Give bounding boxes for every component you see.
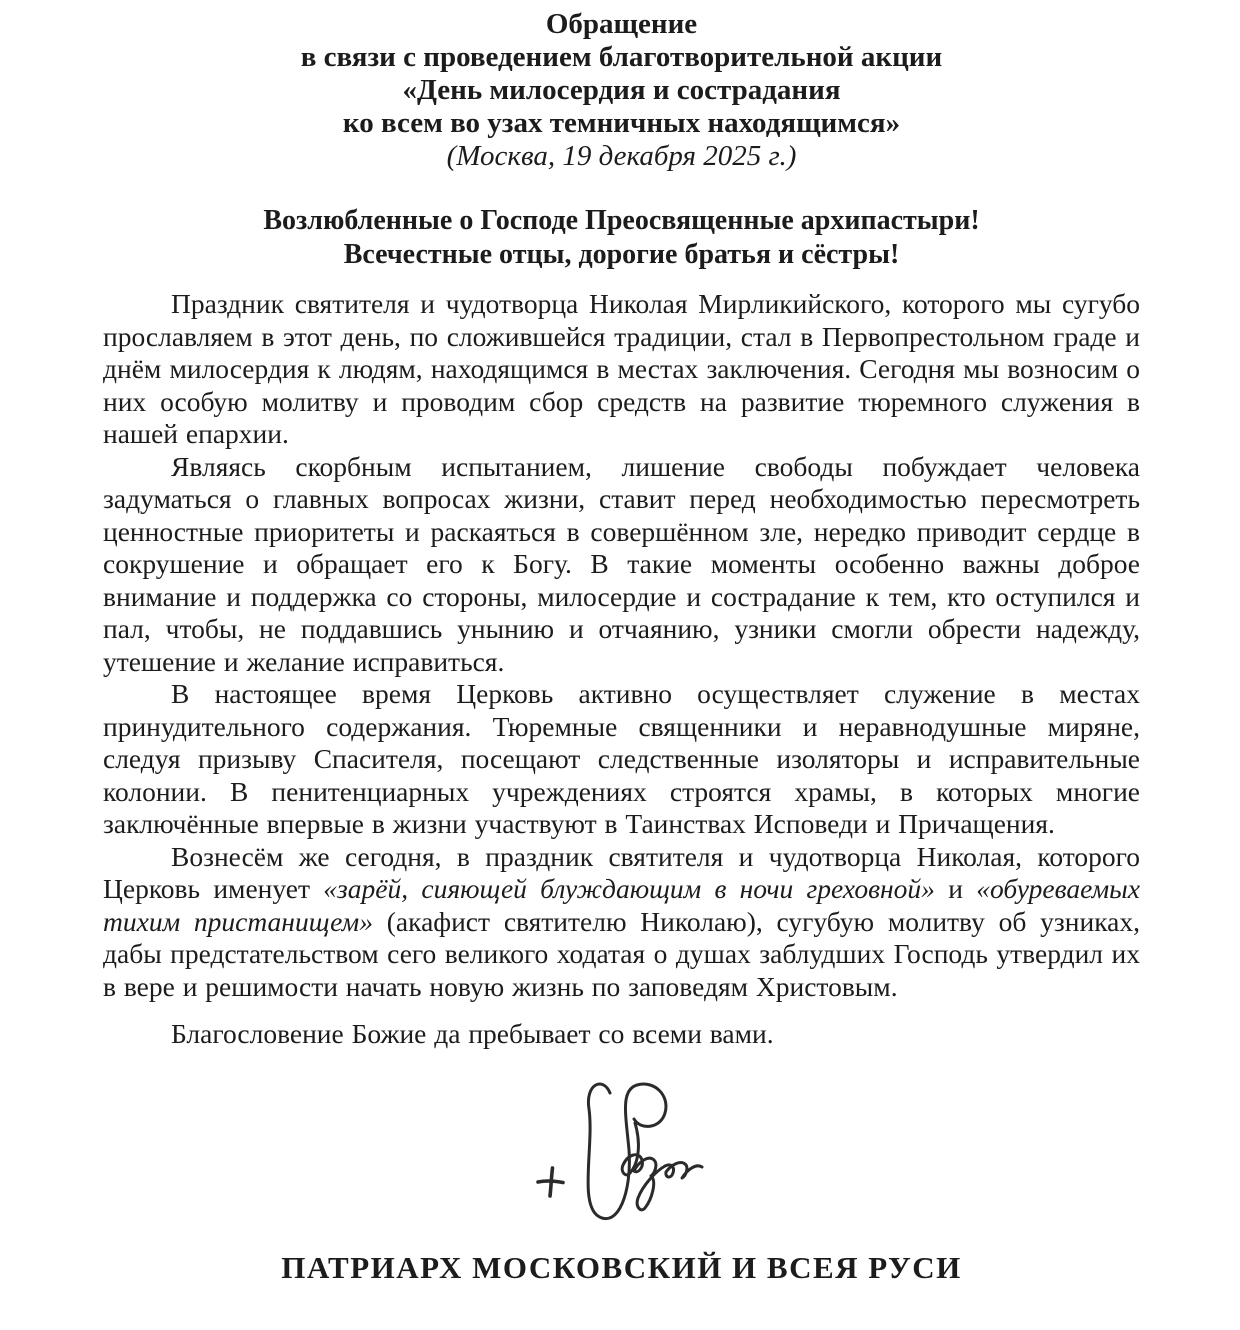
paragraph-with-quotes: Вознесём же сегодня, в праздник святител… — [103, 841, 1140, 1004]
paragraph: В настоящее время Церковь активно осущес… — [103, 678, 1140, 841]
closing-blessing: Благословение Божие да пребывает со всем… — [103, 1018, 1140, 1051]
paragraph: Являясь скорбным испытанием, лишение сво… — [103, 451, 1140, 679]
salutation-line: Всечестные отцы, дорогие братья и сёстры… — [103, 238, 1140, 272]
scanned-letter-page: Обращение в связи с проведением благотво… — [0, 0, 1240, 1330]
document-title: Обращение — [103, 8, 1140, 41]
autograph-icon — [588, 1083, 702, 1218]
dateline: (Москва, 19 декабря 2025 г.) — [103, 140, 1140, 173]
paragraph: Праздник святителя и чудотворца Николая … — [103, 288, 1140, 451]
header-subtitle-line: в связи с проведением благотворительной … — [103, 41, 1140, 74]
paragraph-text: и — [935, 873, 976, 904]
salutation: Возлюбленные о Господе Преосвященные арх… — [103, 204, 1140, 272]
handwritten-cross-icon — [538, 1168, 563, 1196]
document-header: Обращение в связи с проведением благотво… — [103, 8, 1140, 173]
header-subtitle-line: ко всем во узах темничных находящимся» — [103, 107, 1140, 140]
header-subtitle-line: «День милосердия и сострадания — [103, 74, 1140, 107]
signature-block — [522, 1078, 792, 1230]
salutation-line: Возлюбленные о Господе Преосвященные арх… — [103, 204, 1140, 238]
patriarch-signature — [522, 1078, 792, 1230]
signatory-title: ПАТРИАРХ МОСКОВСКИЙ И ВСЕЯ РУСИ — [103, 1250, 1140, 1286]
letter-body: Праздник святителя и чудотворца Николая … — [103, 288, 1140, 1051]
akathist-quote: «зарёй, сияющей блуждающим в ночи грехов… — [323, 873, 935, 904]
